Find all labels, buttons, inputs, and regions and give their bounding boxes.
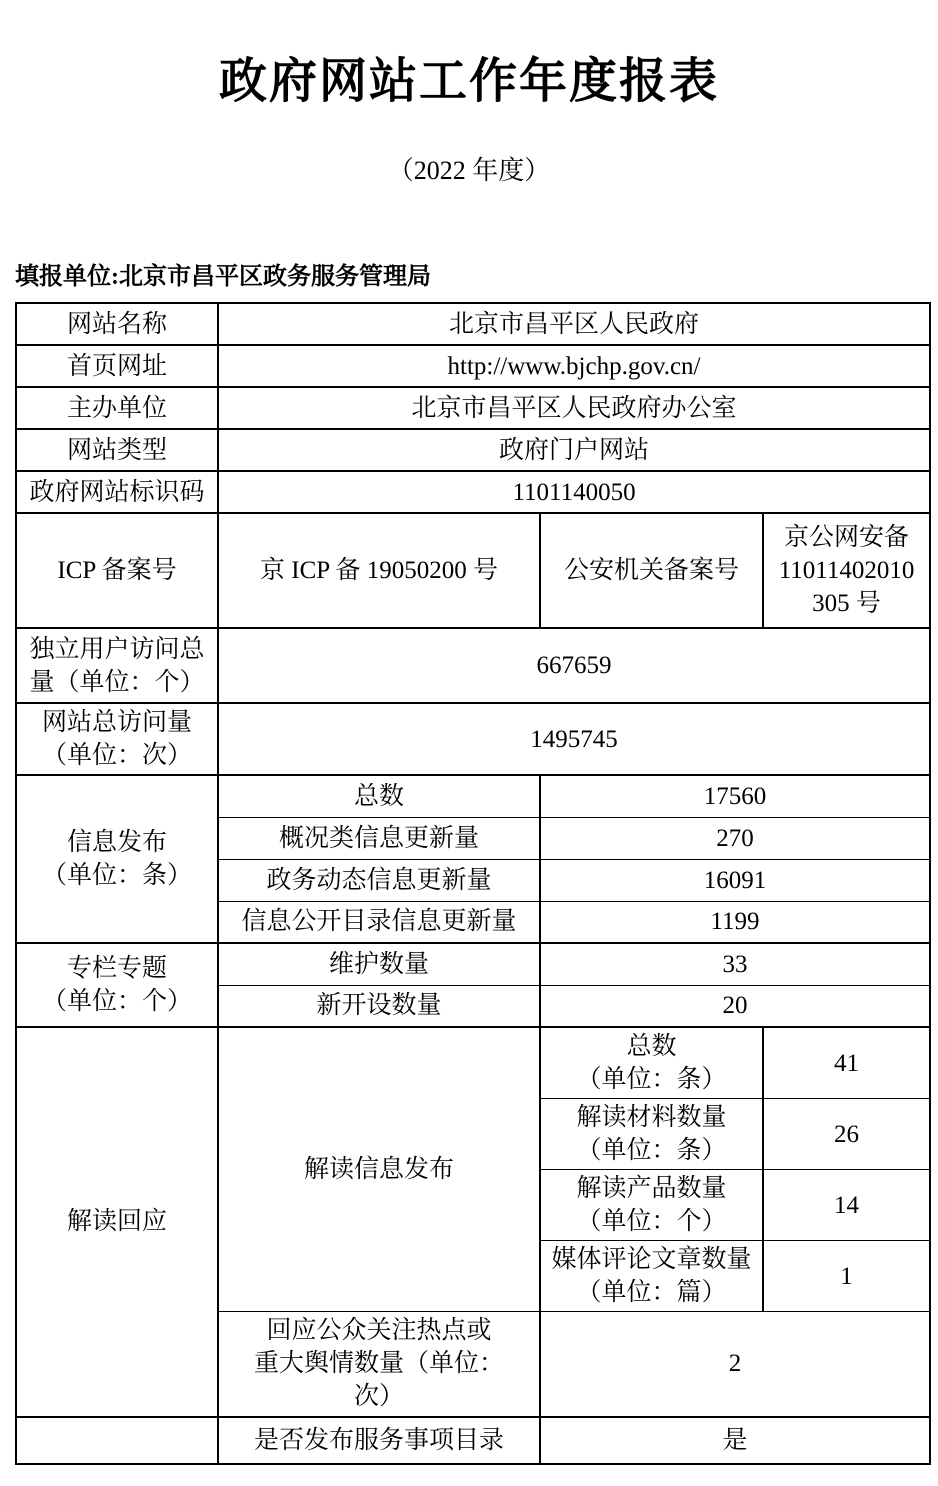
interpretation-media-value: 1 (763, 1241, 930, 1312)
info-release-news-value: 16091 (540, 859, 930, 901)
special-columns-group-label: 专栏专题 （单位：个） (16, 943, 218, 1027)
info-release-news-label: 政务动态信息更新量 (218, 859, 540, 901)
special-columns-new-label: 新开设数量 (218, 985, 540, 1027)
info-release-total-value: 17560 (540, 775, 930, 817)
site-code-value: 1101140050 (218, 471, 930, 513)
homepage-value: http://www.bjchp.gov.cn/ (218, 345, 930, 387)
page-subtitle: （2022 年度） (0, 156, 938, 186)
icp-value: 京 ICP 备 19050200 号 (218, 513, 540, 628)
hotspot-response-label: 回应公众关注热点或 重大舆情数量（单位： 次） (218, 1312, 540, 1417)
interpretation-materials-value: 26 (763, 1099, 930, 1170)
interpretation-media-label: 媒体评论文章数量 （单位：篇） (540, 1241, 763, 1312)
total-visits-label: 网站总访问量 （单位：次） (16, 703, 218, 775)
interpretation-total-value: 41 (763, 1027, 930, 1099)
site-name-label: 网站名称 (16, 303, 218, 345)
interpretation-total-label: 总数 （单位：条） (540, 1027, 763, 1099)
interpretation-products-value: 14 (763, 1170, 930, 1241)
info-release-group-label: 信息发布 （单位：条） (16, 775, 218, 943)
site-code-label: 政府网站标识码 (16, 471, 218, 513)
interpretation-group-label: 解读回应 (16, 1027, 218, 1417)
site-type-value: 政府门户网站 (218, 429, 930, 471)
reporting-unit-line: 填报单位:北京市昌平区政务服务管理局 (15, 260, 938, 294)
interpretation-products-label: 解读产品数量 （单位：个） (540, 1170, 763, 1241)
site-name-value: 北京市昌平区人民政府 (218, 303, 930, 345)
info-release-catalog-value: 1199 (540, 901, 930, 943)
homepage-label: 首页网址 (16, 345, 218, 387)
total-visits-value: 1495745 (218, 703, 930, 775)
organizer-value: 北京市昌平区人民政府办公室 (218, 387, 930, 429)
next-section-empty-cell (16, 1417, 218, 1464)
annual-report-table: 网站名称 北京市昌平区人民政府 首页网址 http://www.bjchp.go… (15, 302, 931, 1465)
info-release-catalog-label: 信息公开目录信息更新量 (218, 901, 540, 943)
unique-visitors-label: 独立用户访问总 量（单位：个） (16, 628, 218, 703)
organizer-label: 主办单位 (16, 387, 218, 429)
interpretation-release-label: 解读信息发布 (218, 1027, 540, 1312)
info-release-overview-value: 270 (540, 817, 930, 859)
info-release-total-label: 总数 (218, 775, 540, 817)
police-record-value: 京公网安备 11011402010 305 号 (763, 513, 930, 628)
icp-label: ICP 备案号 (16, 513, 218, 628)
page-title: 政府网站工作年度报表 (0, 0, 938, 108)
special-columns-maintained-label: 维护数量 (218, 943, 540, 985)
site-type-label: 网站类型 (16, 429, 218, 471)
info-release-overview-label: 概况类信息更新量 (218, 817, 540, 859)
service-catalog-label: 是否发布服务事项目录 (218, 1417, 540, 1464)
police-record-label: 公安机关备案号 (540, 513, 763, 628)
unique-visitors-value: 667659 (218, 628, 930, 703)
hotspot-response-value: 2 (540, 1312, 930, 1417)
special-columns-new-value: 20 (540, 985, 930, 1027)
special-columns-maintained-value: 33 (540, 943, 930, 985)
annual-report-document: 政府网站工作年度报表 （2022 年度） 填报单位:北京市昌平区政务服务管理局 … (0, 0, 938, 1486)
interpretation-materials-label: 解读材料数量 （单位：条） (540, 1099, 763, 1170)
service-catalog-value: 是 (540, 1417, 930, 1464)
